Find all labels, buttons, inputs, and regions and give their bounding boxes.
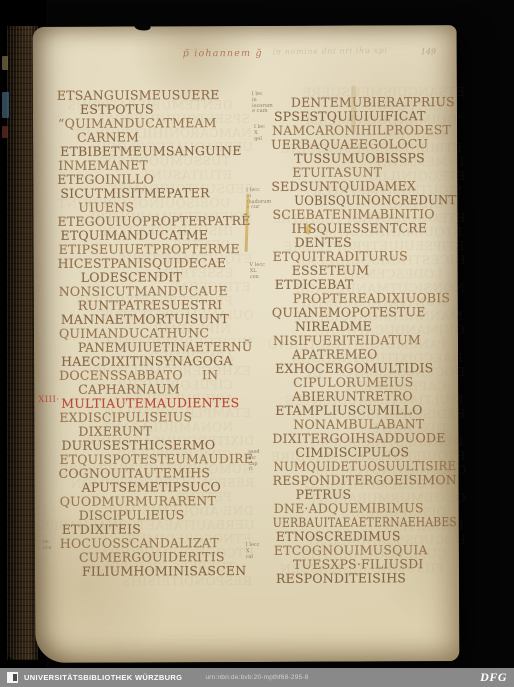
text-column-left: ETSANGUISMEUSUEREESTPOTUS“QUIMANDUCATMEA… [57, 88, 255, 579]
gutter-note: I lec X gel [254, 125, 265, 143]
gutter-note: ssed inc cap ri [248, 450, 260, 473]
faint-inscription: in nomine dni nri ihu xpi [273, 46, 388, 57]
manuscript-text-line: ETBIBETMEUMSANGUINE [57, 144, 241, 159]
dfg-logo: DFG [480, 670, 507, 685]
manuscript-text-line: IHSQUIESSENTCRE [291, 221, 427, 236]
left-margin-note: us cos [43, 539, 51, 551]
urn-identifier: urn:nbn:de:bvb:20-mpthf68-295-8 [205, 674, 308, 681]
gutter-note: V lecc XL con [249, 263, 265, 281]
gutter-note: I lecc X ral [246, 543, 260, 561]
page-edge-notch [134, 23, 151, 31]
folio-number: 149 [421, 47, 436, 56]
manuscript-viewer-frame: p̃ iohannem ḡ in nomine dni nri ihu xpi … [0, 0, 514, 687]
manuscript-page: p̃ iohannem ḡ in nomine dni nri ihu xpi … [33, 25, 460, 663]
viewer-footer-bar: UNIVERSITÄTSBIBLIOTHEK WÜRZBURG urn:nbn:… [0, 668, 514, 687]
library-logo-icon [7, 672, 18, 683]
spine-tab-tan [2, 56, 8, 70]
spine-tab-red [2, 126, 8, 138]
library-name: UNIVERSITÄTSBIBLIOTHEK WÜRZBURG [24, 673, 182, 682]
gutter-note: I lec in iecorum e cum [252, 92, 273, 116]
running-title: p̃ iohannem ḡ [183, 48, 263, 59]
stain-streak [351, 85, 357, 133]
chapter-number: XIII· [38, 395, 59, 405]
manuscript-text-line: RESPONDITEISIHS [273, 571, 406, 586]
text-column-right: DENTEMUBIERATPRIUSSPSESTQUIUIUIFICATNAMC… [271, 95, 459, 586]
spine-tab-blue [2, 92, 9, 118]
manuscript-text-line: FILIUMHOMINISASCEN [79, 564, 246, 579]
gutter-note: I lecc in thadorum e cur [246, 188, 271, 212]
manuscript-text-line: RESPONDITERGOEISIMON [273, 473, 457, 488]
